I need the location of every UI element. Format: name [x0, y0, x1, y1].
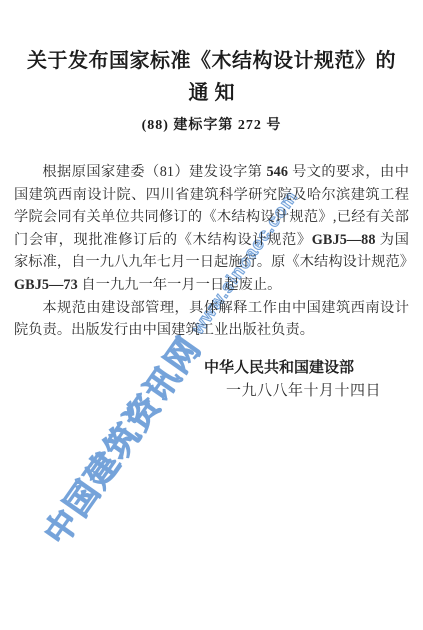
paragraph-1-text-d: 自一九九一年一月一日起废止。 — [78, 277, 282, 293]
document-title: 关于发布国家标准《木结构设计规范》的 通知 — [0, 45, 423, 109]
notice-document: 关于发布国家标准《木结构设计规范》的 通知 (88) 建标字第 272 号 根据… — [0, 45, 423, 403]
signature-block: 中华人民共和国建设部 一九八八年十月十四日 — [0, 357, 423, 403]
issue-date: 一九八八年十月十四日 — [0, 380, 423, 403]
paragraph-2: 本规范由建设部管理，具体解释工作由中国建筑西南设计院负责。出版发行由中国建筑工业… — [14, 297, 409, 342]
document-number: (88) 建标字第 272 号 — [0, 116, 423, 136]
paragraph-1-text-a: 根据原国家建委（81）建发设字第 — [42, 164, 266, 180]
standard-code-gbj5-73: GBJ5—73 — [14, 277, 78, 293]
document-title-line1: 关于发布国家标准《木结构设计规范》的 — [0, 45, 423, 77]
document-page: 中国建筑资讯网 www.sinoaec.com 关于发布国家标准《木结构设计规范… — [0, 0, 423, 630]
paragraph-1: 根据原国家建委（81）建发设字第 546 号文的要求，由中国建筑西南设计院、四川… — [14, 161, 409, 297]
document-body: 根据原国家建委（81）建发设字第 546 号文的要求，由中国建筑西南设计院、四川… — [0, 161, 423, 342]
issuing-authority: 中华人民共和国建设部 — [0, 357, 423, 380]
standard-code-gbj5-88: GBJ5—88 — [312, 232, 376, 248]
document-title-line2: 通知 — [0, 77, 423, 109]
ref-number-546: 546 — [266, 164, 288, 180]
